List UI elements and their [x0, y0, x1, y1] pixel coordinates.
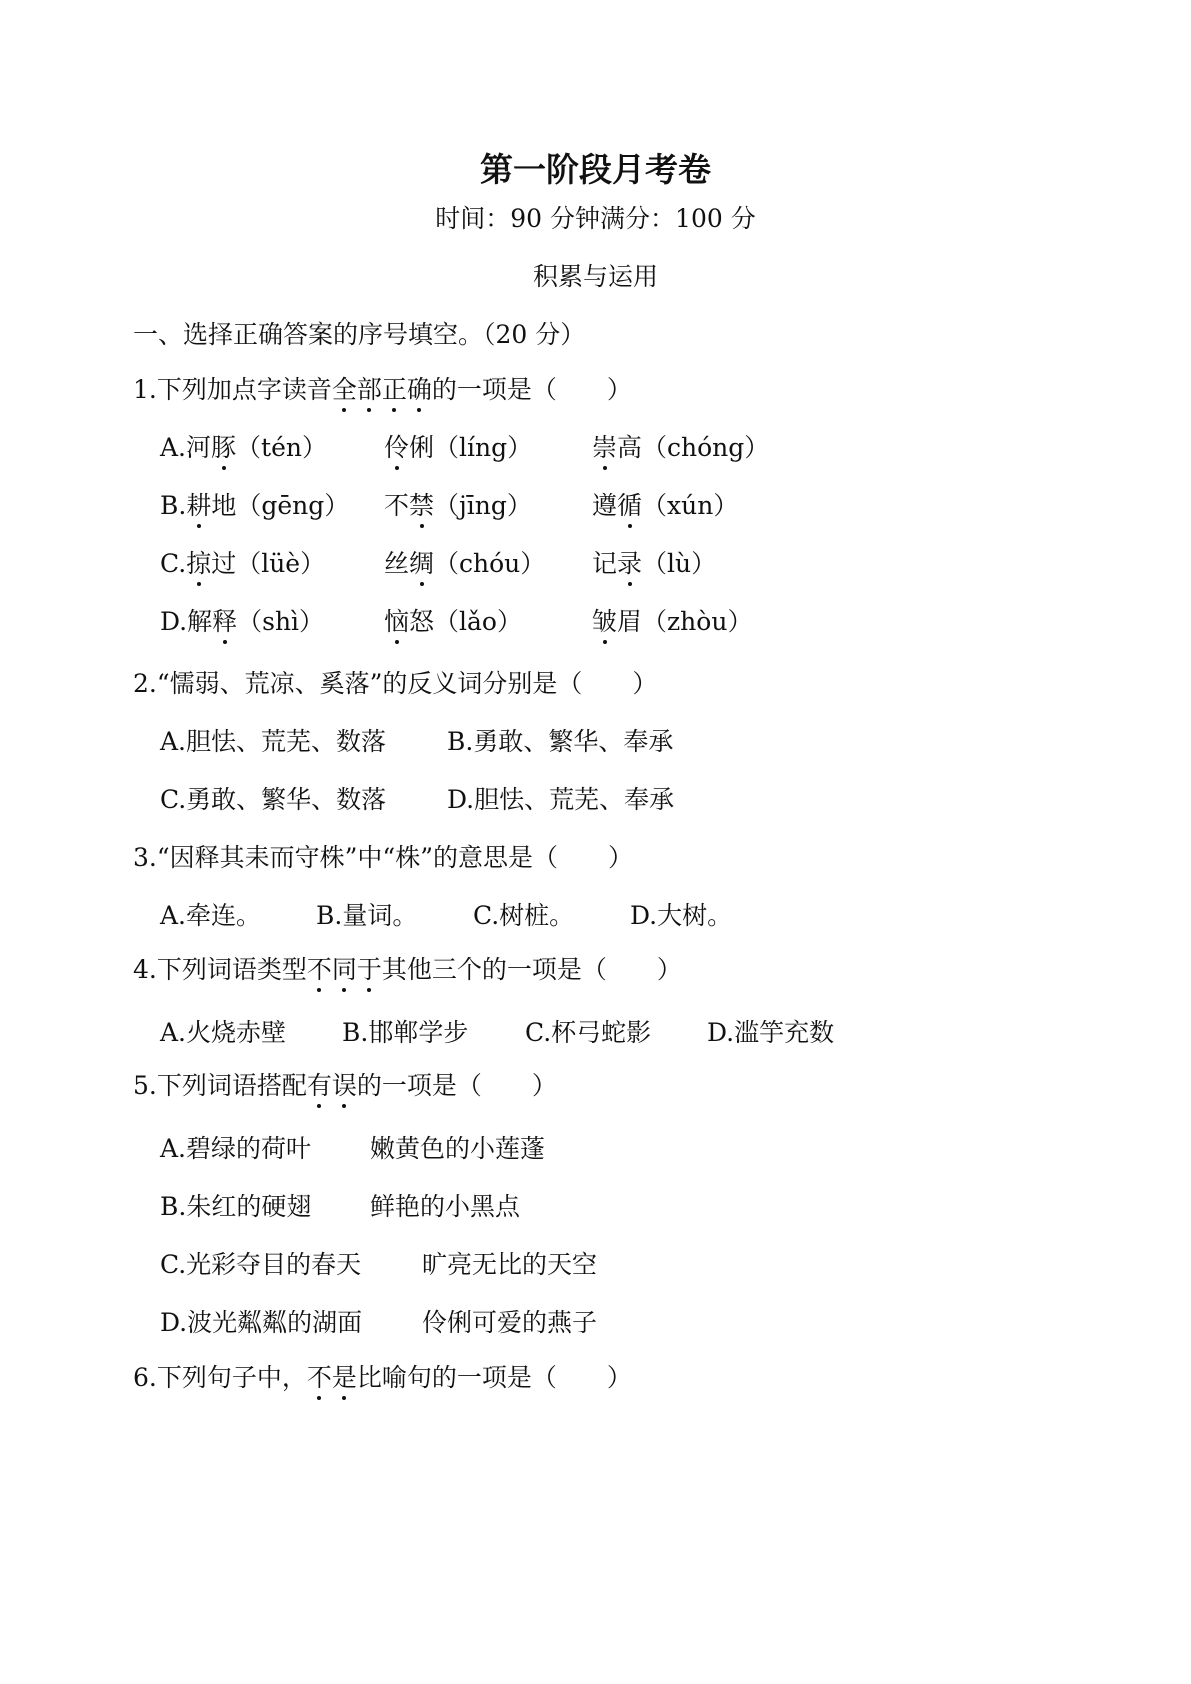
emphasized-char: 伶 [384, 433, 409, 463]
emphasized-char: 误 [332, 1071, 357, 1101]
q5-option-b-2: 鲜艳的小黑点 [370, 1192, 520, 1222]
question-4-stem: 4.下列词语类型不同于其他三个的一项是（ ） [133, 955, 682, 985]
emphasized-char: 禁 [409, 491, 434, 521]
text-segment: 3.“因释其耒而守株”中“株”的意思是（ ） [133, 843, 633, 872]
q3-option-c: C.树桩。 [473, 901, 574, 931]
text-segment: 丝 [384, 549, 409, 578]
text-segment: 4.下列词语类型 [133, 955, 307, 984]
text-segment: 的一项是（ ） [432, 375, 632, 404]
question-3-stem: 3.“因释其耒而守株”中“株”的意思是（ ） [133, 843, 633, 873]
emphasized-char: 确 [407, 375, 432, 405]
q1-option-b-3: 遵循（xún） [592, 491, 738, 521]
text-segment: 其他三个的一项是（ ） [382, 955, 682, 984]
q4-option-b: B.邯郸学步 [342, 1018, 468, 1048]
text-segment: B. [160, 491, 186, 520]
q1-option-a-3: 崇高（chóng） [592, 433, 769, 463]
q1-option-d-3: 皱眉（zhòu） [592, 607, 752, 637]
question-1-stem: 1.下列加点字读音全部正确的一项是（ ） [133, 375, 632, 405]
emphasized-char: 释 [212, 607, 237, 637]
emphasized-char: 皱 [592, 607, 617, 637]
emphasized-char: 不 [307, 1363, 332, 1393]
text-segment: 眉（zhòu） [617, 607, 752, 636]
emphasized-char: 绸 [409, 549, 434, 579]
text-segment: 怒（lǎo） [409, 607, 522, 636]
emphasized-char: 不 [307, 955, 332, 985]
text-segment: 5.下列词语搭配 [133, 1071, 307, 1100]
section-title: 积累与运用 [0, 262, 1191, 292]
q3-option-b: B.量词。 [316, 901, 417, 931]
emphasized-char: 部 [357, 375, 382, 405]
q2-option-a: A.胆怯、荒芜、数落 [160, 727, 386, 757]
q3-option-d: D.大树。 [630, 901, 732, 931]
q1-option-d-2: 恼怒（lǎo） [384, 607, 522, 637]
q5-option-c-1: C.光彩夺目的春天 [160, 1250, 361, 1280]
text-segment: D.解 [160, 607, 212, 636]
emphasized-char: 全 [332, 375, 357, 405]
question-2-stem: 2.“懦弱、荒凉、奚落”的反义词分别是（ ） [133, 669, 657, 699]
text-segment: 的一项是（ ） [357, 1071, 557, 1100]
emphasized-char: 豚 [211, 433, 236, 463]
text-segment: （jīng） [434, 491, 532, 520]
text-segment: 高（chóng） [617, 433, 769, 462]
text-segment: 不 [384, 491, 409, 520]
q2-option-d: D.胆怯、荒芜、奉承 [447, 785, 674, 815]
text-segment: （shì） [237, 607, 324, 636]
emphasized-char: 耕 [186, 491, 211, 521]
text-segment: 地（gēng） [211, 491, 349, 520]
text-segment: 比喻句的一项是（ ） [357, 1363, 632, 1392]
q1-option-a-1: A.河豚（tén） [160, 433, 327, 463]
q2-option-b: B.勇敢、繁华、奉承 [447, 727, 673, 757]
emphasized-char: 恼 [384, 607, 409, 637]
question-5-stem: 5.下列词语搭配有误的一项是（ ） [133, 1071, 557, 1101]
text-segment: （lù） [642, 549, 716, 578]
text-segment: （xún） [642, 491, 738, 520]
text-segment: 6.下列句子中， [133, 1363, 307, 1392]
q1-option-c-2: 丝绸（chóu） [384, 549, 545, 579]
q1-option-d-1: D.解释（shì） [160, 607, 324, 637]
text-segment: 1.下列加点字读音 [133, 375, 332, 404]
text-segment: 遵 [592, 491, 617, 520]
question-6-stem: 6.下列句子中，不是比喻句的一项是（ ） [133, 1363, 632, 1393]
emphasized-char: 正 [382, 375, 407, 405]
q5-option-a-1: A.碧绿的荷叶 [160, 1134, 311, 1164]
text-segment: 过（lüè） [211, 549, 325, 578]
emphasized-char: 掠 [186, 549, 211, 579]
q4-option-c: C.杯弓蛇影 [525, 1018, 651, 1048]
emphasized-char: 录 [617, 549, 642, 579]
q5-option-d-1: D.波光粼粼的湖面 [160, 1308, 362, 1338]
q5-option-d-2: 伶俐可爱的燕子 [422, 1308, 597, 1338]
exam-meta: 时间：90 分钟满分：100 分 [0, 204, 1191, 234]
part-heading: 一、选择正确答案的序号填空。（20 分） [133, 320, 585, 350]
q1-option-b-2: 不禁（jīng） [384, 491, 532, 521]
q4-option-d: D.滥竽充数 [707, 1018, 834, 1048]
text-segment: 2.“懦弱、荒凉、奚落”的反义词分别是（ ） [133, 669, 657, 698]
q2-option-c: C.勇敢、繁华、数落 [160, 785, 386, 815]
q5-option-a-2: 嫩黄色的小莲蓬 [370, 1134, 545, 1164]
emphasized-char: 是 [332, 1363, 357, 1393]
emphasized-char: 同 [332, 955, 357, 985]
q1-option-b-1: B.耕地（gēng） [160, 491, 349, 521]
emphasized-char: 有 [307, 1071, 332, 1101]
q4-option-a: A.火烧赤壁 [160, 1018, 286, 1048]
exam-page: 第一阶段月考卷 时间：90 分钟满分：100 分 积累与运用 一、选择正确答案的… [0, 0, 1191, 1684]
q3-option-a: A.牵连。 [160, 901, 261, 931]
text-segment: C. [160, 549, 186, 578]
text-segment: （tén） [236, 433, 327, 462]
text-segment: 记 [592, 549, 617, 578]
emphasized-char: 于 [357, 955, 382, 985]
text-segment: A.河 [160, 433, 211, 462]
q1-option-a-2: 伶俐（líng） [384, 433, 532, 463]
q1-option-c-1: C.掠过（lüè） [160, 549, 325, 579]
text-segment: 俐（líng） [409, 433, 532, 462]
q5-option-c-2: 旷亮无比的天空 [422, 1250, 597, 1280]
exam-title: 第一阶段月考卷 [0, 150, 1191, 190]
q5-option-b-1: B.朱红的硬翅 [160, 1192, 311, 1222]
emphasized-char: 崇 [592, 433, 617, 463]
emphasized-char: 循 [617, 491, 642, 521]
text-segment: （chóu） [434, 549, 545, 578]
q1-option-c-3: 记录（lù） [592, 549, 716, 579]
